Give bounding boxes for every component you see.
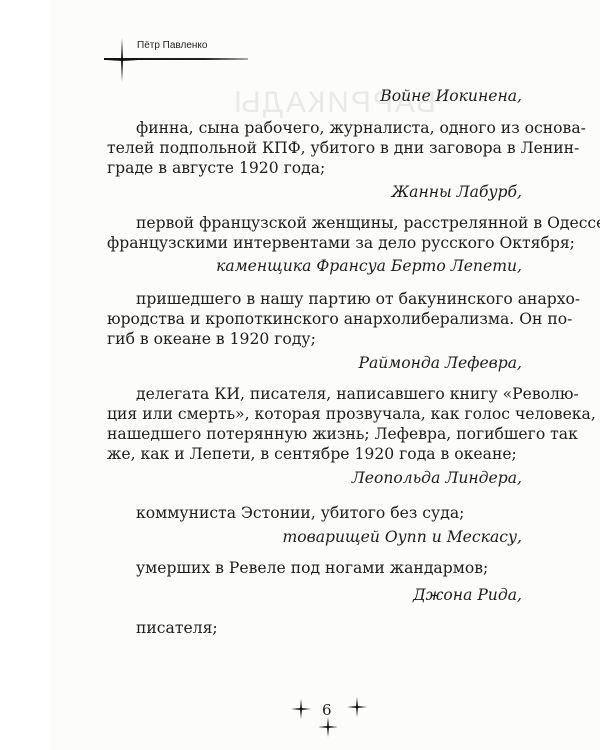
sparkle-star-icon: [318, 717, 338, 737]
entry-name: каменщика Франсуа Берто Лепети,: [216, 256, 522, 276]
entry-text-line: пришедшего в нашу партию от бакунинского…: [136, 289, 522, 309]
entry-text-line: нашедшего потерянную жизнь; Лефевра, пог…: [107, 424, 522, 444]
entry-text-line: гиб в океане в 1920 году;: [107, 329, 522, 349]
sparkle-star-icon: [291, 699, 311, 719]
running-head: Пётр Павленко: [137, 40, 207, 51]
entry-text-line: граде в августе 1920 года;: [107, 158, 522, 178]
entry-text-line: французскими интервентами за дело русско…: [107, 233, 522, 253]
entry-text-line: писателя;: [136, 618, 522, 638]
entry-text-line: делегата КИ, писателя, написавшего книгу…: [136, 384, 522, 404]
entry-text-line: ция или смерть», которая прозвучала, как…: [107, 404, 522, 424]
sparkle-star-icon: [347, 697, 367, 717]
entry-name: Раймонда Лефевра,: [358, 353, 522, 373]
sparkle-star-icon: [106, 38, 138, 82]
entry-name: Джона Рида,: [413, 585, 522, 605]
entry-text-line: телей подпольной КПФ, убитого в дни заго…: [107, 138, 522, 158]
entry-text-line: первой французской женщины, расстрелянно…: [136, 213, 522, 233]
entry-text-line: финна, сына рабочего, журналиста, одного…: [136, 118, 522, 138]
entry-text-line: же, как и Лепети, в сентябре 1920 года в…: [107, 444, 522, 464]
entry-text-line: умерших в Ревеле под ногами жандармов;: [136, 558, 522, 578]
entry-text-line: коммуниста Эстонии, убитого без суда;: [136, 503, 522, 523]
entry-name: Войне Иокинена,: [380, 86, 522, 106]
entry-text-line: юродства и кропоткинского анархолиберали…: [107, 309, 522, 329]
entry-name: Леопольда Линдера,: [352, 468, 522, 488]
entry-name: Жанны Лабурб,: [392, 182, 522, 202]
entry-name: товарищей Оупп и Мескасу,: [282, 527, 522, 547]
